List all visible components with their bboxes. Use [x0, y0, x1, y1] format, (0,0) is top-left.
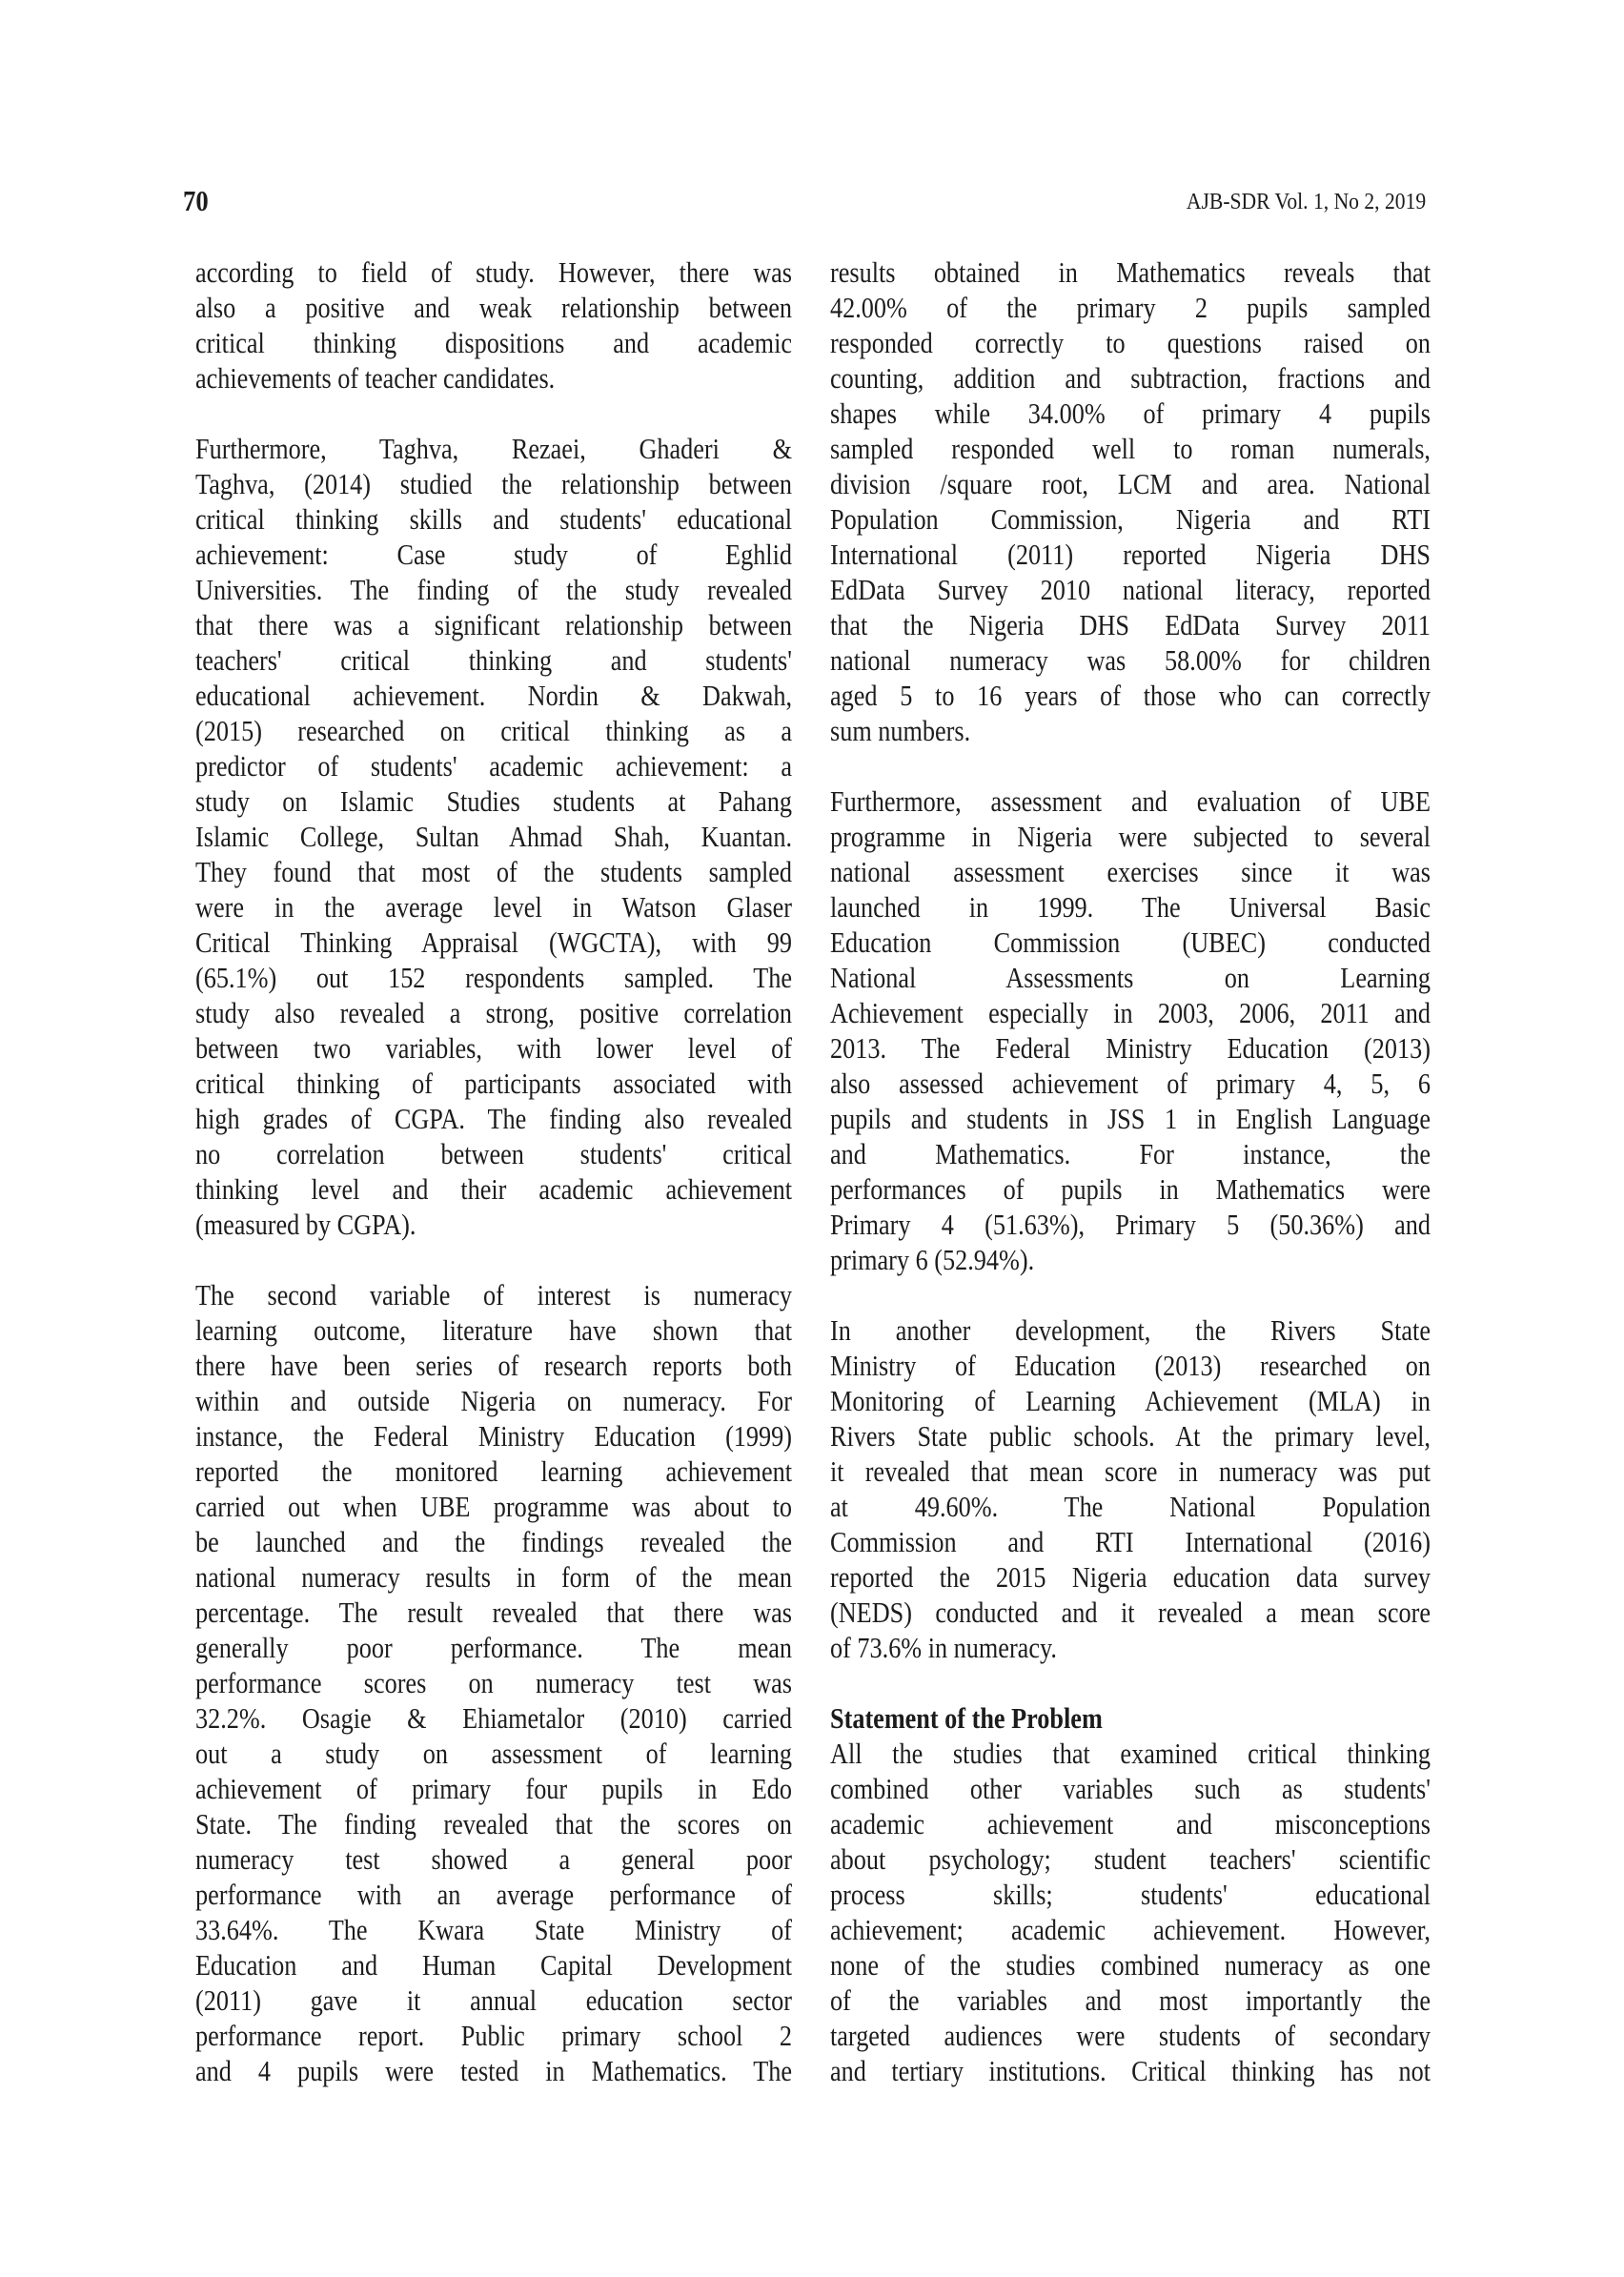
- text-line: learning outcome, literature have shown …: [195, 1313, 792, 1349]
- text-line-content: (65.1%) out 152 respondents sampled. The: [195, 961, 792, 996]
- text-line-content: Universities. The finding of the study r…: [195, 573, 792, 608]
- text-line-content: thinking level and their academic achiev…: [195, 1172, 792, 1208]
- text-line-content: instance, the Federal Ministry Education…: [195, 1419, 792, 1454]
- text-line: Education Commission (UBEC) conducted: [830, 925, 1431, 961]
- text-line-content: achievement of primary four pupils in Ed…: [195, 1772, 792, 1807]
- text-line-content: at 49.60%. The National Population: [830, 1490, 1431, 1525]
- text-line-content: teachers' critical thinking and students…: [195, 643, 792, 679]
- text-line-content: national numeracy results in form of the…: [195, 1560, 792, 1596]
- text-line-content: Critical Thinking Appraisal (WGCTA), wit…: [195, 925, 792, 961]
- text-line: (2011) gave it annual education sector: [195, 1983, 792, 2019]
- text-line-content: National Assessments on Learning: [830, 961, 1431, 996]
- text-line: between two variables, with lower level …: [195, 1031, 792, 1067]
- text-line-content: Education Commission (UBEC) conducted: [830, 925, 1431, 961]
- running-header-journal: AJB-SDR Vol. 1, No 2, 2019: [1187, 188, 1426, 216]
- text-line: (NEDS) conducted and it revealed a mean …: [830, 1596, 1431, 1631]
- paragraph-gap: [830, 749, 1431, 784]
- text-line: educational achievement. Nordin & Dakwah…: [195, 679, 792, 714]
- text-line: of 73.6% in numeracy.: [830, 1631, 1431, 1666]
- paragraph-gap: [830, 1666, 1431, 1701]
- text-line: results obtained in Mathematics reveals …: [830, 255, 1431, 291]
- text-line: performance report. Public primary schoo…: [195, 2019, 792, 2054]
- paragraph: results obtained in Mathematics reveals …: [830, 255, 1431, 749]
- section-paragraph: All the studies that examined critical t…: [830, 1737, 1431, 2089]
- text-line-content: that the Nigeria DHS EdData Survey 2011: [830, 608, 1431, 643]
- text-line: Rivers State public schools. At the prim…: [830, 1419, 1431, 1454]
- text-line-content: The second variable of interest is numer…: [195, 1278, 792, 1313]
- text-line-content: Furthermore, assessment and evaluation o…: [830, 784, 1431, 820]
- text-line-content: it revealed that mean score in numeracy …: [830, 1454, 1431, 1490]
- text-line: and 4 pupils were tested in Mathematics.…: [195, 2054, 792, 2089]
- text-line-content: performance scores on numeracy test was: [195, 1666, 792, 1701]
- paragraph-gap: [195, 396, 792, 432]
- text-line: performance scores on numeracy test was: [195, 1666, 792, 1701]
- text-line: according to field of study. However, th…: [195, 255, 792, 291]
- text-line: performances of pupils in Mathematics we…: [830, 1172, 1431, 1208]
- text-line-content: reported the 2015 Nigeria education data…: [830, 1560, 1431, 1596]
- text-line-content: out a study on assessment of learning: [195, 1737, 792, 1772]
- text-line-content: process skills; students' educational: [830, 1878, 1431, 1913]
- text-line: aged 5 to 16 years of those who can corr…: [830, 679, 1431, 714]
- text-line-content: and 4 pupils were tested in Mathematics.…: [195, 2054, 792, 2089]
- text-line-content: counting, addition and subtraction, frac…: [830, 361, 1431, 396]
- text-line: 32.2%. Osagie & Ehiametalor (2010) carri…: [195, 1701, 792, 1737]
- text-line: (measured by CGPA).: [195, 1208, 792, 1243]
- text-line: were in the average level in Watson Glas…: [195, 890, 792, 925]
- text-line: thinking level and their academic achiev…: [195, 1172, 792, 1208]
- text-line-content: Monitoring of Learning Achievement (MLA)…: [830, 1384, 1431, 1419]
- section-heading: Statement of the Problem: [830, 1701, 1431, 1737]
- text-line: Taghva, (2014) studied the relationship …: [195, 467, 792, 502]
- text-line-content: Furthermore, Taghva, Rezaei, Ghaderi &: [195, 432, 792, 467]
- text-line: sampled responded well to roman numerals…: [830, 432, 1431, 467]
- text-line: numeracy test showed a general poor: [195, 1842, 792, 1878]
- text-line-content: Achievement especially in 2003, 2006, 20…: [830, 996, 1431, 1031]
- text-line: targeted audiences were students of seco…: [830, 2019, 1431, 2054]
- text-line-content: sampled responded well to roman numerals…: [830, 432, 1431, 467]
- text-line-content: of the variables and most importantly th…: [830, 1983, 1431, 2019]
- text-line-content: combined other variables such as student…: [830, 1772, 1431, 1807]
- text-line-content: within and outside Nigeria on numeracy. …: [195, 1384, 792, 1419]
- text-line: In another development, the Rivers State: [830, 1313, 1431, 1349]
- text-line: within and outside Nigeria on numeracy. …: [195, 1384, 792, 1419]
- text-line: academic achievement and misconceptions: [830, 1807, 1431, 1842]
- text-line-content: educational achievement. Nordin & Dakwah…: [195, 679, 792, 714]
- text-line-content: 2013. The Federal Ministry Education (20…: [830, 1031, 1431, 1067]
- text-line-content: reported the monitored learning achievem…: [195, 1454, 792, 1490]
- text-line-content: Ministry of Education (2013) researched …: [830, 1349, 1431, 1384]
- text-line: carried out when UBE programme was about…: [195, 1490, 792, 1525]
- text-line: achievement; academic achievement. Howev…: [830, 1913, 1431, 1948]
- paragraph: Furthermore, assessment and evaluation o…: [830, 784, 1431, 1278]
- paragraph: In another development, the Rivers State…: [830, 1313, 1431, 1666]
- text-line-content: performances of pupils in Mathematics we…: [830, 1172, 1431, 1208]
- text-line: achievements of teacher candidates.: [195, 361, 792, 396]
- text-line: be launched and the findings revealed th…: [195, 1525, 792, 1560]
- text-line-content: achievements of teacher candidates.: [195, 361, 555, 396]
- paragraph-gap: [195, 1243, 792, 1278]
- text-line: of the variables and most importantly th…: [830, 1983, 1431, 2019]
- text-line: They found that most of the students sam…: [195, 855, 792, 890]
- text-line-content: launched in 1999. The Universal Basic: [830, 890, 1431, 925]
- text-line: that the Nigeria DHS EdData Survey 2011: [830, 608, 1431, 643]
- text-line: Universities. The finding of the study r…: [195, 573, 792, 608]
- text-line-content: Taghva, (2014) studied the relationship …: [195, 467, 792, 502]
- text-line: International (2011) reported Nigeria DH…: [830, 538, 1431, 573]
- text-line: shapes while 34.00% of primary 4 pupils: [830, 396, 1431, 432]
- text-line: Critical Thinking Appraisal (WGCTA), wit…: [195, 925, 792, 961]
- text-line: 33.64%. The Kwara State Ministry of: [195, 1913, 792, 1948]
- text-line: Commission and RTI International (2016): [830, 1525, 1431, 1560]
- text-line-content: of 73.6% in numeracy.: [830, 1631, 1057, 1666]
- text-line: it revealed that mean score in numeracy …: [830, 1454, 1431, 1490]
- text-line-content: (2011) gave it annual education sector: [195, 1983, 792, 2019]
- text-line: State. The finding revealed that the sco…: [195, 1807, 792, 1842]
- text-line-content: according to field of study. However, th…: [195, 255, 792, 291]
- paragraph: Furthermore, Taghva, Rezaei, Ghaderi &Ta…: [195, 432, 792, 1243]
- text-line: reported the monitored learning achievem…: [195, 1454, 792, 1490]
- text-line: launched in 1999. The Universal Basic: [830, 890, 1431, 925]
- text-line: (65.1%) out 152 respondents sampled. The: [195, 961, 792, 996]
- text-line: critical thinking skills and students' e…: [195, 502, 792, 538]
- text-line-content: Primary 4 (51.63%), Primary 5 (50.36%) a…: [830, 1208, 1431, 1243]
- text-line-content: Islamic College, Sultan Ahmad Shah, Kuan…: [195, 820, 792, 855]
- text-line-content: high grades of CGPA. The finding also re…: [195, 1102, 792, 1137]
- text-line: and Mathematics. For instance, the: [830, 1137, 1431, 1172]
- text-line-content: targeted audiences were students of seco…: [830, 2019, 1431, 2054]
- text-line-content: critical thinking skills and students' e…: [195, 502, 792, 538]
- text-line: teachers' critical thinking and students…: [195, 643, 792, 679]
- text-line-content: (2015) researched on critical thinking a…: [195, 714, 792, 749]
- text-line-content: no correlation between students' critica…: [195, 1137, 792, 1172]
- text-line: national numeracy was 58.00% for childre…: [830, 643, 1431, 679]
- text-line-content: All the studies that examined critical t…: [830, 1737, 1431, 1772]
- text-line-content: be launched and the findings revealed th…: [195, 1525, 792, 1560]
- text-line: there have been series of research repor…: [195, 1349, 792, 1384]
- text-line-content: percentage. The result revealed that the…: [195, 1596, 792, 1631]
- text-line: EdData Survey 2010 national literacy, re…: [830, 573, 1431, 608]
- text-line-content: Commission and RTI International (2016): [830, 1525, 1431, 1560]
- text-line: achievement of primary four pupils in Ed…: [195, 1772, 792, 1807]
- text-line: process skills; students' educational: [830, 1878, 1431, 1913]
- text-line-content: State. The finding revealed that the sco…: [195, 1807, 792, 1842]
- text-line-content: sum numbers.: [830, 714, 970, 749]
- text-line: none of the studies combined numeracy as…: [830, 1948, 1431, 1983]
- text-line: sum numbers.: [830, 714, 1431, 749]
- text-line-content: critical thinking dispositions and acade…: [195, 326, 792, 361]
- text-line: also assessed achievement of primary 4, …: [830, 1067, 1431, 1102]
- text-line: instance, the Federal Ministry Education…: [195, 1419, 792, 1454]
- text-line-content: aged 5 to 16 years of those who can corr…: [830, 679, 1431, 714]
- text-line: national assessment exercises since it w…: [830, 855, 1431, 890]
- text-line: responded correctly to questions raised …: [830, 326, 1431, 361]
- text-line: (2015) researched on critical thinking a…: [195, 714, 792, 749]
- text-line-content: Population Commission, Nigeria and RTI: [830, 502, 1431, 538]
- text-line: Monitoring of Learning Achievement (MLA)…: [830, 1384, 1431, 1419]
- text-line-content: study also revealed a strong, positive c…: [195, 996, 792, 1031]
- text-line-content: and Mathematics. For instance, the: [830, 1137, 1431, 1172]
- text-line-content: also assessed achievement of primary 4, …: [830, 1067, 1431, 1102]
- text-line-content: Rivers State public schools. At the prim…: [830, 1419, 1431, 1454]
- text-line: Population Commission, Nigeria and RTI: [830, 502, 1431, 538]
- text-line-content: learning outcome, literature have shown …: [195, 1313, 792, 1349]
- text-line: Achievement especially in 2003, 2006, 20…: [830, 996, 1431, 1031]
- text-line-content: (measured by CGPA).: [195, 1208, 416, 1243]
- text-line-content: 33.64%. The Kwara State Ministry of: [195, 1913, 792, 1948]
- text-line-content: In another development, the Rivers State: [830, 1313, 1431, 1349]
- text-line: out a study on assessment of learning: [195, 1737, 792, 1772]
- text-line: pupils and students in JSS 1 in English …: [830, 1102, 1431, 1137]
- text-line-content: between two variables, with lower level …: [195, 1031, 792, 1067]
- text-line-content: and tertiary institutions. Critical thin…: [830, 2054, 1431, 2089]
- section-heading-text: Statement of the Problem: [830, 1701, 1103, 1737]
- text-line-content: performance with an average performance …: [195, 1878, 792, 1913]
- text-line-content: about psychology; student teachers' scie…: [830, 1842, 1431, 1878]
- text-line: combined other variables such as student…: [830, 1772, 1431, 1807]
- text-line: study on Islamic Studies students at Pah…: [195, 784, 792, 820]
- paragraph: The second variable of interest is numer…: [195, 1278, 792, 2089]
- text-line: National Assessments on Learning: [830, 961, 1431, 996]
- text-line: national numeracy results in form of the…: [195, 1560, 792, 1596]
- text-line-content: shapes while 34.00% of primary 4 pupils: [830, 396, 1431, 432]
- text-line-content: study on Islamic Studies students at Pah…: [195, 784, 792, 820]
- text-line-content: national assessment exercises since it w…: [830, 855, 1431, 890]
- text-line: Primary 4 (51.63%), Primary 5 (50.36%) a…: [830, 1208, 1431, 1243]
- left-column: according to field of study. However, th…: [195, 255, 792, 2089]
- text-line: critical thinking dispositions and acade…: [195, 326, 792, 361]
- page-number: 70: [183, 185, 209, 217]
- text-line: that there was a significant relationshi…: [195, 608, 792, 643]
- text-line-content: (NEDS) conducted and it revealed a mean …: [830, 1596, 1431, 1631]
- text-line: The second variable of interest is numer…: [195, 1278, 792, 1313]
- text-line: All the studies that examined critical t…: [830, 1737, 1431, 1772]
- text-line-content: none of the studies combined numeracy as…: [830, 1948, 1431, 1983]
- text-line-content: performance report. Public primary schoo…: [195, 2019, 792, 2054]
- text-line: programme in Nigeria were subjected to s…: [830, 820, 1431, 855]
- text-line-content: generally poor performance. The mean: [195, 1631, 792, 1666]
- text-line-content: achievement; academic achievement. Howev…: [830, 1913, 1431, 1948]
- text-line: performance with an average performance …: [195, 1878, 792, 1913]
- text-line-content: were in the average level in Watson Glas…: [195, 890, 792, 925]
- right-column: results obtained in Mathematics reveals …: [830, 255, 1431, 2089]
- text-line-content: division /square root, LCM and area. Nat…: [830, 467, 1431, 502]
- text-line-content: programme in Nigeria were subjected to s…: [830, 820, 1431, 855]
- text-line-content: responded correctly to questions raised …: [830, 326, 1431, 361]
- text-line-content: They found that most of the students sam…: [195, 855, 792, 890]
- text-line: at 49.60%. The National Population: [830, 1490, 1431, 1525]
- text-line: about psychology; student teachers' scie…: [830, 1842, 1431, 1878]
- text-line-content: academic achievement and misconceptions: [830, 1807, 1431, 1842]
- text-line: Furthermore, assessment and evaluation o…: [830, 784, 1431, 820]
- text-line: high grades of CGPA. The finding also re…: [195, 1102, 792, 1137]
- text-line-content: there have been series of research repor…: [195, 1349, 792, 1384]
- text-line: reported the 2015 Nigeria education data…: [830, 1560, 1431, 1596]
- text-line-content: critical thinking of participants associ…: [195, 1067, 792, 1102]
- paragraph-gap: [830, 1278, 1431, 1313]
- text-line: also a positive and weak relationship be…: [195, 291, 792, 326]
- text-line-content: achievement: Case study of Eghlid: [195, 538, 792, 573]
- text-line-content: carried out when UBE programme was about…: [195, 1490, 792, 1525]
- text-line: percentage. The result revealed that the…: [195, 1596, 792, 1631]
- text-line-content: results obtained in Mathematics reveals …: [830, 255, 1431, 291]
- text-line: Ministry of Education (2013) researched …: [830, 1349, 1431, 1384]
- paragraph: according to field of study. However, th…: [195, 255, 792, 396]
- text-line: predictor of students' academic achievem…: [195, 749, 792, 784]
- text-line: generally poor performance. The mean: [195, 1631, 792, 1666]
- text-line: achievement: Case study of Eghlid: [195, 538, 792, 573]
- text-line: 42.00% of the primary 2 pupils sampled: [830, 291, 1431, 326]
- text-line-content: predictor of students' academic achievem…: [195, 749, 792, 784]
- text-line-content: primary 6 (52.94%).: [830, 1243, 1034, 1278]
- text-line-content: EdData Survey 2010 national literacy, re…: [830, 573, 1431, 608]
- text-line: critical thinking of participants associ…: [195, 1067, 792, 1102]
- text-line: counting, addition and subtraction, frac…: [830, 361, 1431, 396]
- text-line-content: numeracy test showed a general poor: [195, 1842, 792, 1878]
- text-line-content: national numeracy was 58.00% for childre…: [830, 643, 1431, 679]
- text-line-content: that there was a significant relationshi…: [195, 608, 792, 643]
- text-line: primary 6 (52.94%).: [830, 1243, 1431, 1278]
- text-line: 2013. The Federal Ministry Education (20…: [830, 1031, 1431, 1067]
- text-line-content: 42.00% of the primary 2 pupils sampled: [830, 291, 1431, 326]
- text-line: study also revealed a strong, positive c…: [195, 996, 792, 1031]
- text-line: division /square root, LCM and area. Nat…: [830, 467, 1431, 502]
- text-line-content: 32.2%. Osagie & Ehiametalor (2010) carri…: [195, 1701, 792, 1737]
- text-line: Furthermore, Taghva, Rezaei, Ghaderi &: [195, 432, 792, 467]
- text-line: Islamic College, Sultan Ahmad Shah, Kuan…: [195, 820, 792, 855]
- text-line: no correlation between students' critica…: [195, 1137, 792, 1172]
- text-line-content: Education and Human Capital Development: [195, 1948, 792, 1983]
- text-line-content: International (2011) reported Nigeria DH…: [830, 538, 1431, 573]
- text-line: and tertiary institutions. Critical thin…: [830, 2054, 1431, 2089]
- text-line-content: pupils and students in JSS 1 in English …: [830, 1102, 1431, 1137]
- text-line: Education and Human Capital Development: [195, 1948, 792, 1983]
- text-line-content: also a positive and weak relationship be…: [195, 291, 792, 326]
